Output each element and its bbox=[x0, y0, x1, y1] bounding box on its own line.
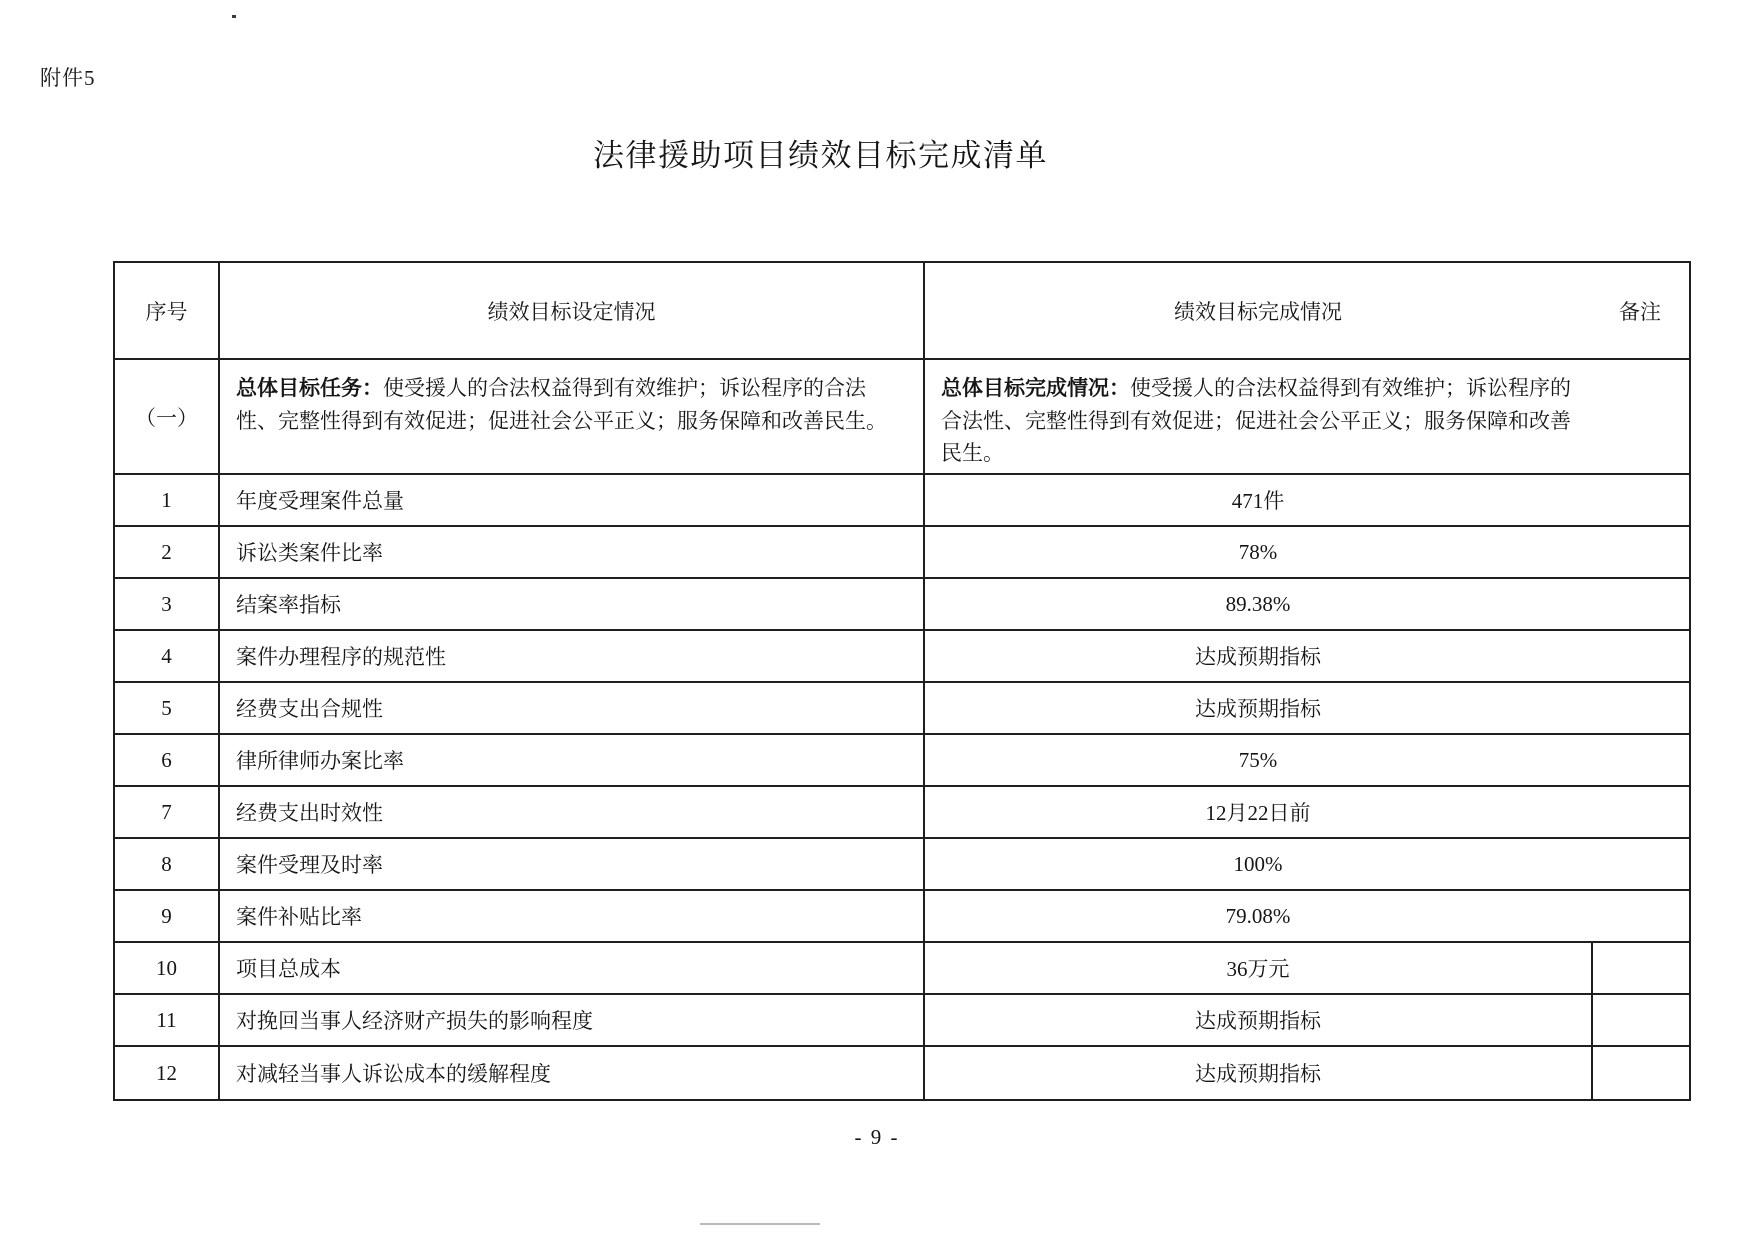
result-cell: 12月22日前 bbox=[925, 787, 1591, 837]
result-cell: 78% bbox=[925, 527, 1591, 577]
row-index: 12 bbox=[115, 1047, 220, 1099]
row-index: 7 bbox=[115, 787, 220, 837]
scanned-document-page: 附件5 法律援助项目绩效目标完成清单 序号 绩效目标设定情况 绩效目标完成情况 … bbox=[0, 0, 1754, 1242]
target-cell: 年度受理案件总量 bbox=[220, 475, 925, 525]
header-remark: 备注 bbox=[1591, 263, 1689, 358]
row-index: 10 bbox=[115, 943, 220, 993]
table-row: 11 对挽回当事人经济财产损失的影响程度 达成预期指标 bbox=[115, 995, 1689, 1047]
table-row: 2 诉讼类案件比率 78% bbox=[115, 527, 1689, 579]
table-row: 7 经费支出时效性 12月22日前 bbox=[115, 787, 1689, 839]
table-row: 1 年度受理案件总量 471件 bbox=[115, 475, 1689, 527]
remark-cell bbox=[1591, 943, 1689, 993]
target-cell: 经费支出时效性 bbox=[220, 787, 925, 837]
table-row: 9 案件补贴比率 79.08% bbox=[115, 891, 1689, 943]
result-cell: 100% bbox=[925, 839, 1591, 889]
header-target-setting: 绩效目标设定情况 bbox=[220, 263, 925, 358]
result-cell: 达成预期指标 bbox=[925, 995, 1591, 1045]
page-number: - 9 - bbox=[0, 1125, 1754, 1150]
target-cell: 项目总成本 bbox=[220, 943, 925, 993]
target-cell: 结案率指标 bbox=[220, 579, 925, 629]
header-target-completion: 绩效目标完成情况 bbox=[925, 263, 1591, 358]
target-cell: 对挽回当事人经济财产损失的影响程度 bbox=[220, 995, 925, 1045]
target-cell: 案件办理程序的规范性 bbox=[220, 631, 925, 681]
result-cell: 达成预期指标 bbox=[925, 683, 1591, 733]
table-row: 6 律所律师办案比率 75% bbox=[115, 735, 1689, 787]
row-index: 3 bbox=[115, 579, 220, 629]
remark-cell bbox=[1591, 839, 1689, 889]
scan-artifact bbox=[232, 15, 236, 18]
target-cell: 对减轻当事人诉讼成本的缓解程度 bbox=[220, 1047, 925, 1099]
row-index: 2 bbox=[115, 527, 220, 577]
row-index: 5 bbox=[115, 683, 220, 733]
remark-cell bbox=[1591, 579, 1689, 629]
target-cell: 案件受理及时率 bbox=[220, 839, 925, 889]
header-index: 序号 bbox=[115, 263, 220, 358]
scan-artifact bbox=[700, 1223, 820, 1225]
table-row: 4 案件办理程序的规范性 达成预期指标 bbox=[115, 631, 1689, 683]
document-title: 法律援助项目绩效目标完成清单 bbox=[593, 130, 1048, 175]
summary-target-completion: 总体目标完成情况：使受援人的合法权益得到有效维护；诉讼程序的合法性、完整性得到有… bbox=[925, 360, 1591, 473]
table-row: 3 结案率指标 89.38% bbox=[115, 579, 1689, 631]
remark-cell bbox=[1591, 1047, 1689, 1099]
table-row: 12 对减轻当事人诉讼成本的缓解程度 达成预期指标 bbox=[115, 1047, 1689, 1099]
summary-remark bbox=[1591, 360, 1689, 473]
remark-cell bbox=[1591, 631, 1689, 681]
table-row: 8 案件受理及时率 100% bbox=[115, 839, 1689, 891]
result-cell: 89.38% bbox=[925, 579, 1591, 629]
result-cell: 36万元 bbox=[925, 943, 1591, 993]
result-cell: 75% bbox=[925, 735, 1591, 785]
row-index: 6 bbox=[115, 735, 220, 785]
summary-index: （一） bbox=[115, 360, 220, 473]
result-cell: 达成预期指标 bbox=[925, 1047, 1591, 1099]
remark-cell bbox=[1591, 527, 1689, 577]
summary-target-setting: 总体目标任务：使受援人的合法权益得到有效维护；诉讼程序的合法性、完整性得到有效促… bbox=[220, 360, 925, 473]
row-index: 4 bbox=[115, 631, 220, 681]
remark-cell bbox=[1591, 683, 1689, 733]
row-index: 9 bbox=[115, 891, 220, 941]
remark-cell bbox=[1591, 735, 1689, 785]
target-cell: 诉讼类案件比率 bbox=[220, 527, 925, 577]
attachment-label: 附件5 bbox=[40, 62, 96, 92]
row-index: 11 bbox=[115, 995, 220, 1045]
remark-cell bbox=[1591, 787, 1689, 837]
remark-cell bbox=[1591, 995, 1689, 1045]
row-index: 1 bbox=[115, 475, 220, 525]
remark-cell bbox=[1591, 475, 1689, 525]
target-cell: 案件补贴比率 bbox=[220, 891, 925, 941]
table-row: 10 项目总成本 36万元 bbox=[115, 943, 1689, 995]
performance-target-table: 序号 绩效目标设定情况 绩效目标完成情况 备注 （一） 总体目标任务：使受援人的… bbox=[113, 261, 1691, 1101]
result-cell: 达成预期指标 bbox=[925, 631, 1591, 681]
table-header-row: 序号 绩效目标设定情况 绩效目标完成情况 备注 bbox=[115, 263, 1689, 360]
remark-cell bbox=[1591, 891, 1689, 941]
target-cell: 律所律师办案比率 bbox=[220, 735, 925, 785]
row-index: 8 bbox=[115, 839, 220, 889]
table-row: 5 经费支出合规性 达成预期指标 bbox=[115, 683, 1689, 735]
summary-row: （一） 总体目标任务：使受援人的合法权益得到有效维护；诉讼程序的合法性、完整性得… bbox=[115, 360, 1689, 475]
result-cell: 79.08% bbox=[925, 891, 1591, 941]
summary-done-label: 总体目标完成情况： bbox=[941, 376, 1130, 400]
result-cell: 471件 bbox=[925, 475, 1591, 525]
target-cell: 经费支出合规性 bbox=[220, 683, 925, 733]
summary-set-label: 总体目标任务： bbox=[236, 376, 383, 400]
